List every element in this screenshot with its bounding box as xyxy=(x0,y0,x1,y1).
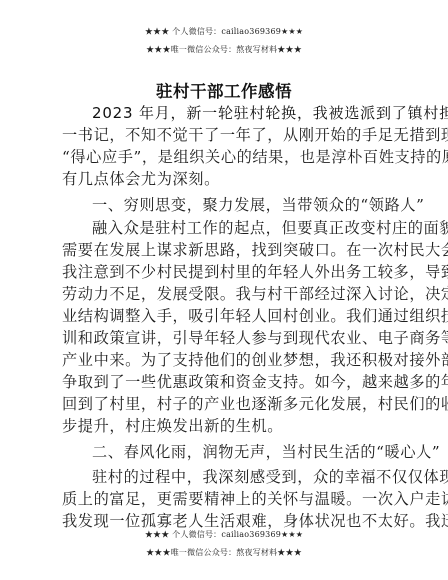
header-wechat-id: ★★★ 个人微信号：cailiao369369★★★ xyxy=(0,26,448,37)
section-heading-1: 一、穷则思变，聚力发展，当带领众的“领路人” xyxy=(92,196,422,214)
footer-official-account: ★★★唯一微信公众号：熬夜写材料★★★ xyxy=(0,547,448,558)
paragraph-line: 劳动力不足，发展受限。我与村干部经过深入讨论，决定从产 xyxy=(62,285,392,303)
document-title: 驻村干部工作感悟 xyxy=(0,78,448,102)
paragraph-line: 一书记，不知不觉干了一年了，从刚开始的手足无措到现在的 xyxy=(62,126,392,144)
paragraph-line: 回到了村里，村子的产业也逐渐多元化发展，村民们的收入稳 xyxy=(62,395,392,413)
paragraph-line: 2023 年月，新一轮驻村轮换，我被选派到了镇村担任第 xyxy=(92,104,422,122)
section-heading-2: 二、春风化雨，润物无声，当村民生活的“暖心人” xyxy=(92,443,422,461)
paragraph-line: 步提升，村庄焕发出新的生机。 xyxy=(62,417,392,435)
footer-wechat-id: ★★★ 个人微信号：cailiao369369★★★ xyxy=(0,529,448,540)
paragraph-line: 驻村的过程中，我深刻感受到，众的幸福不仅仅体现在物 xyxy=(92,468,422,486)
paragraph-line: 融入众是驻村工作的起点，但要真正改变村庄的面貌，还 xyxy=(92,219,422,237)
paragraph-line: 产业中来。为了支持他们的创业梦想，我还积极对接外部资源， xyxy=(62,351,392,369)
paragraph-line: “得心应手”，是组织关心的结果，也是淳朴百姓支持的原因。 xyxy=(62,148,392,166)
paragraph-line: 争取到了一些优惠政策和资金支持。如今，越来越多的年轻人 xyxy=(62,373,392,391)
paragraph-line: 质上的富足，更需要精神上的关怀与温暖。一次入户走访时， xyxy=(62,490,392,508)
paragraph-line: 训和政策宣讲，引导年轻人参与到现代农业、电子商务等新兴 xyxy=(62,329,392,347)
paragraph-line: 有几点体会尤为深刻。 xyxy=(62,170,392,188)
paragraph-line: 我注意到不少村民提到村里的年轻人外出务工较多，导致村里 xyxy=(62,263,392,281)
paragraph-line: 我发现一位孤寡老人生活艰难，身体状况也不太好。我迅速联 xyxy=(62,512,392,530)
header-official-account: ★★★唯一微信公众号：熬夜写材料★★★ xyxy=(0,44,448,55)
paragraph-line: 业结构调整入手，吸引年轻人回村创业。我们通过组织技能培 xyxy=(62,307,392,325)
paragraph-line: 需要在发展上谋求新思路，找到突破口。在一次村民大会上， xyxy=(62,241,392,259)
